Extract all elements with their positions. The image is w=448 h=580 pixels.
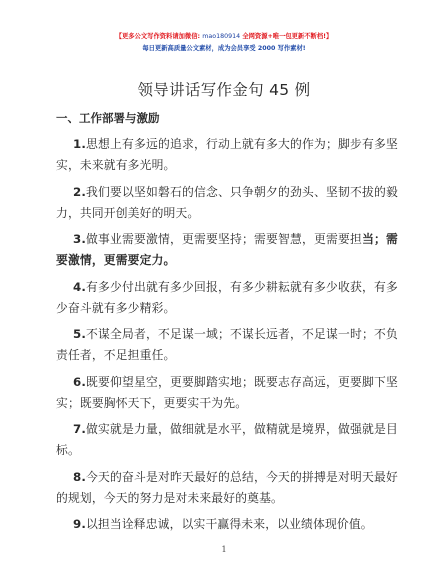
quote-text: 思想上有多远的追求，行动上就有多大的作为；脚步有多坚实，未来就有多光明。 — [56, 137, 398, 172]
quote-item-7: 7.做实就是力量，做细就是水平，做精就是境界，做强就是目标。 — [56, 419, 398, 461]
quote-number: 1. — [73, 137, 86, 151]
quote-item-6: 6.既要仰望星空，更要脚踏实地；既要志存高远，更要脚下坚实；既要胸怀天下，更要实… — [56, 372, 398, 414]
quote-number: 4. — [73, 280, 86, 294]
promo-banner-line2: 每日更新高质量公文素材，成为会员享受 2000 写作素材! — [0, 43, 448, 55]
quote-text: 不谋全局者，不足谋一域；不谋长远者，不足谋一时；不负责任者，不足担重任。 — [56, 327, 398, 362]
quote-number: 3. — [73, 232, 86, 246]
quote-text: 今天的奋斗是对昨天最好的总结，今天的拼搏是对明天最好的规划，今天的努力是对未来最… — [56, 470, 398, 505]
quote-list: 1.思想上有多远的追求，行动上就有多大的作为；脚步有多坚实，未来就有多光明。 2… — [56, 134, 398, 541]
promo-banner: 【更多公文写作资料请加微信: mao180914 全网资源+唯一包更新不断档!】… — [0, 31, 448, 55]
quote-item-5: 5.不谋全局者，不足谋一域；不谋长远者，不足谋一时；不负责任者，不足担重任。 — [56, 324, 398, 366]
quote-number: 7. — [73, 422, 86, 436]
quote-item-9: 9.以担当诠释忠诚，以实干赢得未来，以业绩体现价值。 — [56, 514, 398, 535]
quote-item-3: 3.做事业需要激情，更需要坚持；需要智慧，更需要担当；需要激情，更需要定力。 — [56, 229, 398, 271]
quote-text: 既要仰望星空，更要脚踏实地；既要志存高远，更要脚下坚实；既要胸怀天下，更要实干为… — [56, 375, 398, 410]
quote-item-4: 4.有多少付出就有多少回报，有多少耕耘就有多少收获，有多少奋斗就有多少精彩。 — [56, 277, 398, 319]
promo-banner-prefix: 【更多公文写作资料请加微信: — [116, 33, 203, 40]
quote-text: 做实就是力量，做细就是水平，做精就是境界，做强就是目标。 — [56, 422, 398, 457]
quote-number: 2. — [73, 185, 86, 199]
quote-number: 5. — [73, 327, 86, 341]
promo-banner-suffix: 全网资源+唯一包更新不断档!】 — [240, 33, 332, 40]
quote-number: 8. — [73, 470, 86, 484]
document-title: 领导讲话写作金句 45 例 — [0, 79, 448, 101]
quote-item-2: 2.我们要以坚如磐石的信念、只争朝夕的劲头、坚韧不拔的毅力，共同开创美好的明天。 — [56, 182, 398, 224]
quote-text: 以担当诠释忠诚，以实干赢得未来，以业绩体现价值。 — [86, 517, 373, 531]
quote-text: 有多少付出就有多少回报，有多少耕耘就有多少收获，有多少奋斗就有多少精彩。 — [56, 280, 398, 315]
quote-item-1: 1.思想上有多远的追求，行动上就有多大的作为；脚步有多坚实，未来就有多光明。 — [56, 134, 398, 176]
section-heading: 一、工作部署与激励 — [56, 109, 160, 127]
promo-wechat-id: mao180914 — [202, 33, 240, 40]
promo-banner-line1: 【更多公文写作资料请加微信: mao180914 全网资源+唯一包更新不断档!】 — [0, 31, 448, 43]
quote-text: 做事业需要激情，更需要坚持；需要智慧，更需要担 — [86, 232, 362, 246]
quote-number: 6. — [73, 375, 86, 389]
quote-text: 我们要以坚如磐石的信念、只争朝夕的劲头、坚韧不拔的毅力，共同开创美好的明天。 — [56, 185, 398, 220]
quote-item-8: 8.今天的奋斗是对昨天最好的总结，今天的拼搏是对明天最好的规划，今天的努力是对未… — [56, 467, 398, 509]
quote-number: 9. — [73, 517, 86, 531]
page-number: 1 — [0, 545, 448, 554]
document-page: 【更多公文写作资料请加微信: mao180914 全网资源+唯一包更新不断档!】… — [0, 0, 448, 580]
